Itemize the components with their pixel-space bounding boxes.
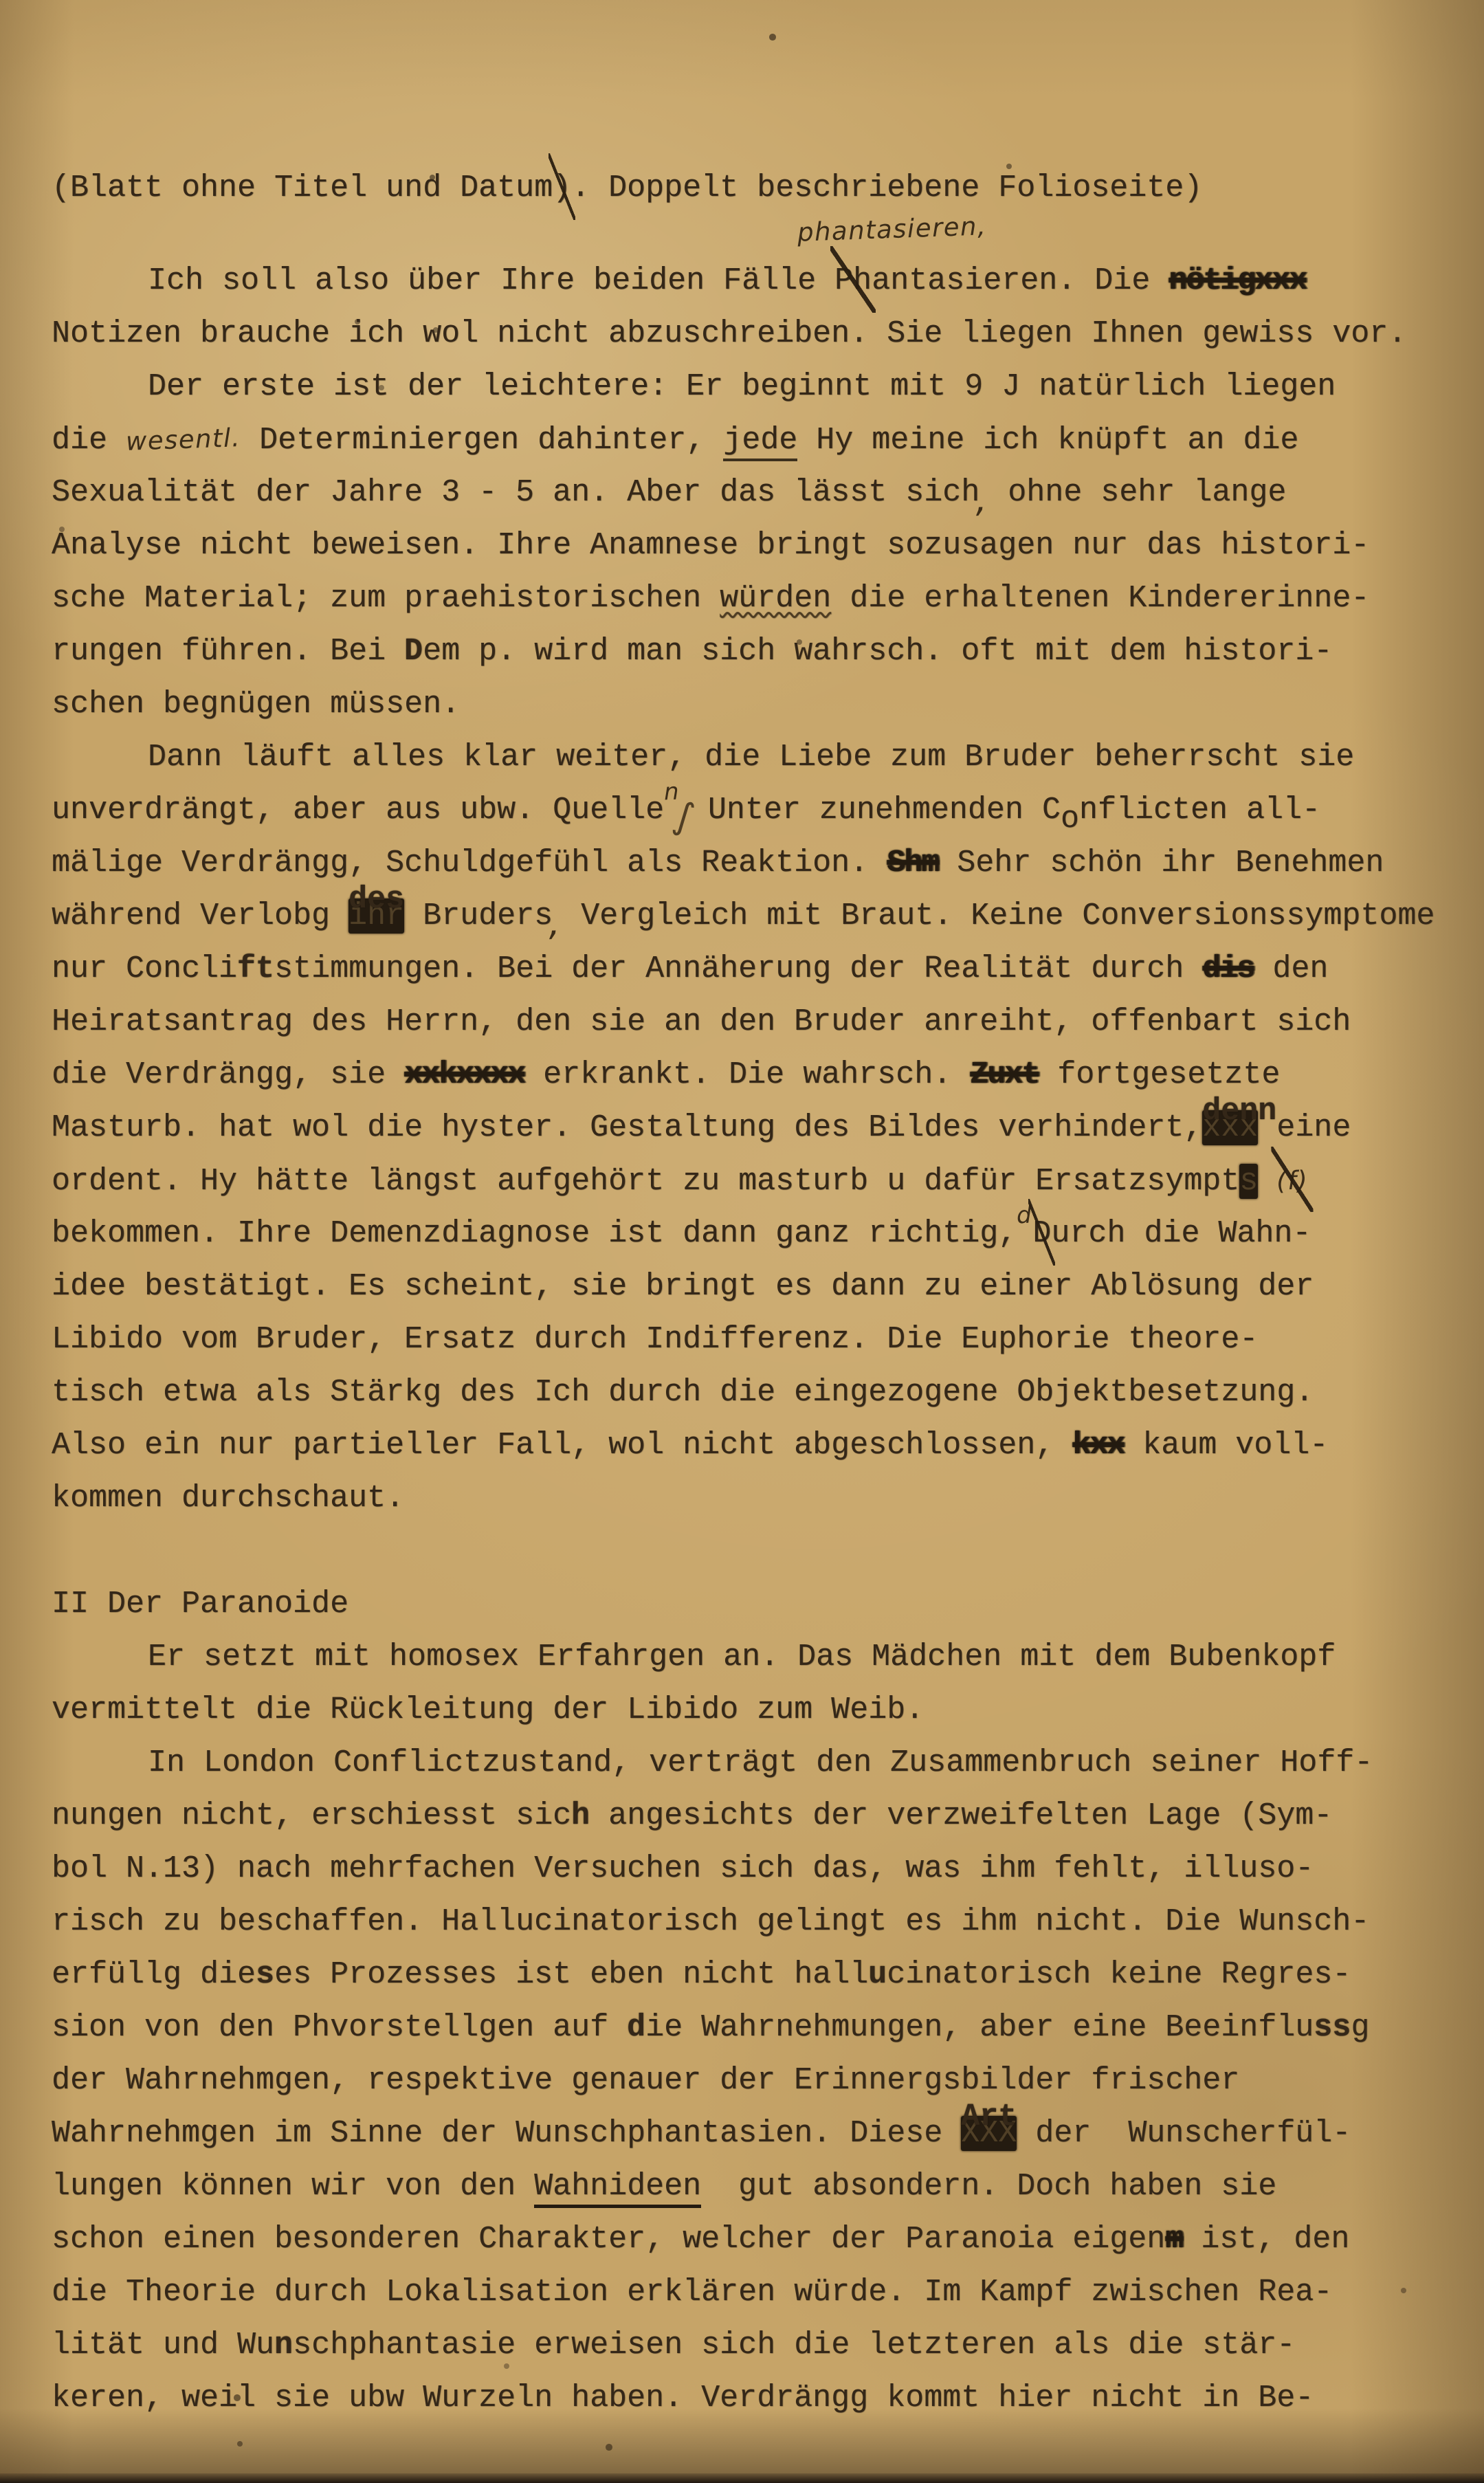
typed-line: tisch etwa als Stärkg des Ich durch die …: [52, 1366, 1435, 1419]
typed-text: ss: [1314, 2010, 1351, 2045]
struck-out-text: Zuxt: [970, 1057, 1039, 1092]
typed-line: unverdrängt, aber aus ubw. Quellen∫ Unte…: [52, 784, 1435, 837]
typed-text: [1258, 1164, 1276, 1199]
struck-out-text: m: [1165, 2222, 1182, 2257]
pen-slashed-text: Ph: [834, 254, 872, 307]
handwritten-text: d: [1016, 1189, 1034, 1243]
typed-text: Bruders: [404, 898, 553, 934]
typed-text: u: [868, 1957, 887, 1992]
typed-line: Sexualität der Jahre 3 - 5 an. Aber das …: [52, 466, 1435, 519]
typed-text: Vergleich mit Braut. Keine Conversionssy…: [562, 898, 1435, 934]
typed-text: s: [256, 1957, 274, 1992]
typed-line: Der erste ist der leichtere: Er beginnt …: [52, 360, 1435, 413]
typed-text: der Wahrnehmgen, respektive genauer der …: [52, 2063, 1239, 2098]
typed-text: nur Concli: [52, 951, 237, 986]
typed-text: cinatorisch keine Regres-: [887, 1957, 1351, 1992]
typed-line: In London Conflictzustand, verträgt den …: [52, 1736, 1435, 1789]
typed-text: schon einen besonderen Charakter, welche…: [52, 2222, 1165, 2257]
typed-line: Analyse nicht beweisen. Ihre Anamnese br…: [52, 519, 1435, 572]
typed-line: lungen können wir von den Wahnideen gut …: [52, 2160, 1435, 2213]
typed-text: die erhaltenen Kindererinne-: [831, 581, 1369, 616]
typed-text: antasieren. Die: [872, 263, 1169, 298]
typed-text: erfüllg die: [52, 1957, 256, 1992]
underlined-text: Wahnideen: [534, 2169, 701, 2208]
typed-text: ist, den: [1182, 2222, 1349, 2257]
typed-text: kommen durchschaut.: [52, 1481, 404, 1516]
typed-text: lungen können wir von den: [52, 2169, 534, 2204]
pen-slashed-text: D: [1032, 1207, 1051, 1260]
typed-text: Dann läuft alles klar weiter, die Liebe …: [148, 740, 1354, 775]
underlined-text: würden: [720, 581, 831, 616]
typed-text: (Blatt ohne Titel und Datum: [52, 170, 553, 206]
typed-text: Sexualität der Jahre 3 - 5 an. Aber das …: [52, 475, 979, 510]
typed-line: II Der Paranoide: [52, 1578, 1435, 1631]
typed-text: risch zu beschaffen. Hallucinatorisch ge…: [52, 1904, 1369, 1939]
typed-text: tisch etwa als Stärkg des Ich durch die …: [52, 1375, 1314, 1410]
typed-line: (Blatt ohne Titel und Datum). Doppelt be…: [52, 162, 1435, 214]
typed-line: Masturb. hat wol die hyster. Gestaltung …: [52, 1101, 1435, 1154]
typed-text: . Doppelt beschriebene Folioseite): [571, 170, 1202, 206]
typed-text: erkrankt. Die wahrsch.: [524, 1057, 970, 1092]
typed-line: sion von den Phvorstellgen auf die Wahrn…: [52, 2001, 1435, 2054]
typed-text: g: [1351, 2010, 1369, 2045]
typed-line: Wahrnehmgen im Sinne der Wunschphantasie…: [52, 2107, 1435, 2160]
typed-text: h: [571, 1798, 590, 1833]
typed-line: bekommen. Ihre Demenzdiagnose ist dann g…: [52, 1207, 1435, 1260]
typed-line: nungen nicht, erschiesst sich angesichts…: [52, 1789, 1435, 1842]
correction-inserted-above: xxxdenn: [1202, 1101, 1258, 1154]
typed-line: mälige Verdrängg, Schuldgefühl als Reakt…: [52, 837, 1435, 890]
typed-text: Notizen brauche ich wol nicht abzuschrei…: [52, 316, 1406, 351]
typed-text: der Wunscherfül-: [1017, 2116, 1351, 2151]
typed-text: vermittelt die Rückleitung der Libido zu…: [52, 1692, 924, 1728]
typed-line: sche Material; zum praehistorischen würd…: [52, 572, 1435, 625]
correction-inserted-above: ihrdes: [348, 890, 404, 942]
inserted-word: des: [348, 884, 404, 915]
typed-text: nungen nicht, erschiesst sic: [52, 1798, 571, 1833]
typed-line: während Verlobg ihrdes Bruders, Vergleic…: [52, 890, 1435, 942]
typed-text: Er setzt mit homosex Erfahrgen an. Das M…: [148, 1640, 1336, 1675]
typed-line: schon einen besonderen Charakter, welche…: [52, 2213, 1435, 2266]
typed-text: angesichts der verzweifelten Lage (Sym-: [590, 1798, 1332, 1833]
manuscript-page: (Blatt ohne Titel und Datum). Doppelt be…: [0, 0, 1484, 2483]
typed-line: vermittelt die Rückleitung der Libido zu…: [52, 1684, 1435, 1736]
inserted-word: denn: [1202, 1096, 1276, 1127]
handwritten-text: wesentl.: [125, 411, 242, 468]
typed-text: es Prozesses ist eben nicht hall: [274, 1957, 868, 1992]
typed-text: rungen führen. Bei: [52, 634, 404, 669]
typed-text: mälige Verdrängg, Schuldgefühl als Reakt…: [52, 846, 887, 881]
typed-text: Der erste ist der leichtere: Er beginnt …: [148, 369, 1336, 404]
handwritten-text: (f): [1276, 1154, 1309, 1208]
typed-text: den: [1254, 951, 1328, 986]
typed-text: ordent. Hy hätte längst aufgehört zu mas…: [52, 1164, 1239, 1199]
typed-text: urch die Wahn-: [1051, 1216, 1311, 1251]
handwritten-text: ,: [548, 897, 562, 951]
typed-text: fortgesetzte: [1039, 1057, 1280, 1092]
typed-line: Ich soll also über Ihre beiden Fälle Pha…: [52, 254, 1435, 307]
typed-line: schen begnügen müssen.: [52, 678, 1435, 731]
struck-out-text: Shm: [887, 846, 938, 881]
typed-line: Notizen brauche ich wol nicht abzuschrei…: [52, 307, 1435, 360]
typed-line: nur Concliftstimmungen. Bei der Annäheru…: [52, 942, 1435, 995]
typed-line: idee bestätigt. Es scheint, sie bringt e…: [52, 1260, 1435, 1313]
correction-inserted-above: XXXArt: [961, 2107, 1017, 2160]
typed-text: sion von den Phvorstellgen auf: [52, 2010, 627, 2045]
typed-text: die Theorie durch Lokalisation erklären …: [52, 2275, 1332, 2310]
handwritten-text: phantasieren,: [797, 211, 987, 248]
typed-text: Ich soll also über Ihre beiden Fälle: [148, 263, 834, 298]
underlined-text: jede: [723, 423, 797, 461]
typed-line: rungen führen. Bei Dem p. wird man sich …: [52, 625, 1435, 678]
typed-line: risch zu beschaffen. Hallucinatorisch ge…: [52, 1895, 1435, 1948]
typed-text: idee bestätigt. Es scheint, sie bringt e…: [52, 1269, 1314, 1304]
handwritten-text: ,: [975, 474, 989, 527]
typed-text: ohne sehr lange: [989, 475, 1286, 510]
typed-text: Analyse nicht beweisen. Ihre Anamnese br…: [52, 528, 1369, 563]
typed-line: ordent. Hy hätte längst aufgehört zu mas…: [52, 1154, 1435, 1207]
typed-text: em p. wird man sich wahrsch. oft mit dem…: [423, 634, 1332, 669]
typed-line: Er setzt mit homosex Erfahrgen an. Das M…: [52, 1631, 1435, 1684]
typed-text: Sehr schön ihr Benehmen: [938, 846, 1384, 881]
typed-line: Also ein nur partieller Fall, wol nicht …: [52, 1419, 1435, 1472]
typed-text: o: [1061, 802, 1079, 837]
typed-text: Wahrnehmgen im Sinne der Wunschphantasie…: [52, 2116, 961, 2151]
typed-text: gut absondern. Doch haben sie: [701, 2169, 1276, 2204]
typed-line: Dann läuft alles klar weiter, die Liebe …: [52, 731, 1435, 784]
struck-out-text: kxx: [1072, 1428, 1124, 1463]
typed-line: der Wahrnehmgen, respektive genauer der …: [52, 2054, 1435, 2107]
inserted-word: Art: [961, 2101, 1017, 2132]
typed-text: ft: [237, 951, 274, 986]
typed-line: erfüllg dieses Prozesses ist eben nicht …: [52, 1948, 1435, 2001]
typed-text: Heiratsantrag des Herrn, den sie an den …: [52, 1004, 1351, 1039]
typescript-text: (Blatt ohne Titel und Datum). Doppelt be…: [0, 0, 1462, 2425]
typed-text: lität und Wu: [52, 2328, 274, 2363]
typed-text: stimmungen. Bei der Annäherung der Reali…: [274, 951, 1202, 986]
typed-line: Heiratsantrag des Herrn, den sie an den …: [52, 995, 1435, 1048]
struck-out-text: dis: [1202, 951, 1254, 986]
typed-text: keren, weil sie ubw Wurzeln haben. Verdr…: [52, 2381, 1314, 2416]
typed-text: nflicten all-: [1079, 793, 1320, 828]
page-bottom-edge: [0, 2473, 1484, 2483]
typed-text: kaum voll-: [1124, 1428, 1328, 1463]
typed-text: In London Conflictzustand, verträgt den …: [148, 1745, 1373, 1780]
typed-line: keren, weil sie ubw Wurzeln haben. Verdr…: [52, 2372, 1435, 2425]
struck-out-text: xxkxxxx: [404, 1057, 524, 1092]
typed-text: Unter zunehmenden C: [689, 793, 1061, 828]
handwritten-annotation-line: phantasieren,: [52, 214, 1435, 254]
blacked-out-text: s: [1239, 1164, 1258, 1199]
typed-line: bol N.13) nach mehrfachen Versuchen sich…: [52, 1842, 1435, 1895]
typed-text: d: [627, 2010, 645, 2045]
typed-text: n: [274, 2328, 293, 2363]
typed-text: D: [404, 634, 423, 669]
typed-text: ie Wahrnehmungen, aber eine Beeinflu: [645, 2010, 1314, 2045]
typed-text: bol N.13) nach mehrfachen Versuchen sich…: [52, 1851, 1314, 1886]
typed-text: bekommen. Ihre Demenzdiagnose ist dann g…: [52, 1216, 1017, 1251]
typed-text: unverdrängt, aber aus ubw. Quelle: [52, 793, 664, 828]
blank-line: [52, 1525, 1435, 1578]
typed-text: die: [52, 423, 126, 458]
typed-text: Hy meine ich knüpft an die: [797, 423, 1298, 458]
typed-line: lität und Wunschphantasie erweisen sich …: [52, 2319, 1435, 2372]
typed-text: die Verdrängg, sie: [52, 1057, 404, 1092]
typed-text: Libido vom Bruder, Ersatz durch Indiffer…: [52, 1322, 1258, 1357]
typed-text: schen begnügen müssen.: [52, 687, 460, 722]
typed-text: Also ein nur partieller Fall, wol nicht …: [52, 1428, 1072, 1463]
typed-line: Libido vom Bruder, Ersatz durch Indiffer…: [52, 1313, 1435, 1366]
typed-text: II Der Paranoide: [52, 1587, 348, 1622]
typed-line: kommen durchschaut.: [52, 1472, 1435, 1525]
typed-text: Masturb. hat wol die hyster. Gestaltung …: [52, 1110, 1202, 1145]
typed-text: sche Material; zum praehistorischen: [52, 581, 720, 616]
pen-slashed-text: ): [553, 162, 571, 214]
struck-out-text: nötigxxx: [1169, 263, 1306, 298]
typed-line: die wesentl. Determiniergen dahinter, je…: [52, 413, 1435, 466]
typed-text: während Verlobg: [52, 898, 348, 934]
typed-text: schphantasie erweisen sich die letzteren…: [293, 2328, 1295, 2363]
typed-line: die Theorie durch Lokalisation erklären …: [52, 2266, 1435, 2319]
typed-text: Determiniergen dahinter,: [241, 423, 723, 458]
